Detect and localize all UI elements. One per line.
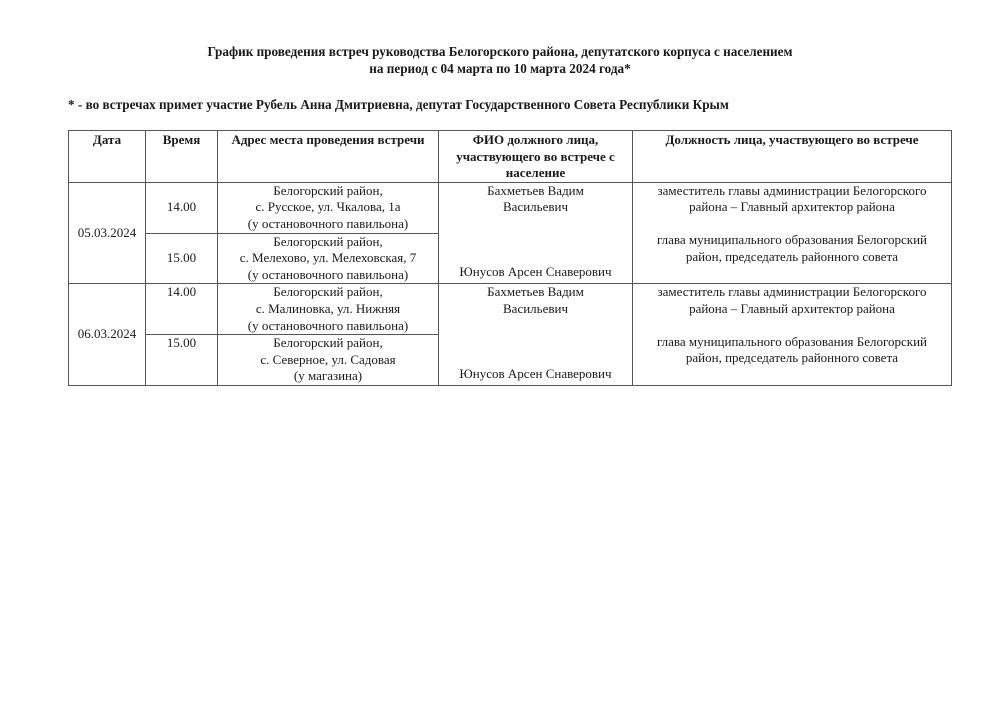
table-row: 05.03.2024 14.00 Белогорский район, с. Р…: [69, 182, 952, 233]
address-landmark: (у остановочного павильона): [221, 318, 435, 335]
official-position: глава муниципального образования Белогор…: [636, 232, 948, 249]
participant-note: * - во встречах примет участие Рубель Ан…: [68, 96, 729, 113]
address-landmark: (у магазина): [221, 368, 435, 385]
official-name-cell: Бахметьев Вадим Васильевич Юнусов Арсен …: [439, 284, 633, 386]
address-street: с. Мелехово, ул. Мелеховская, 7: [221, 250, 435, 267]
official-position: заместитель главы администрации Белогорс…: [636, 183, 948, 200]
meeting-schedule-table: Дата Время Адрес места проведения встреч…: [68, 130, 952, 386]
time-cell: 14.00: [146, 284, 218, 335]
official-position-cont: района – Главный архитектор района: [636, 199, 948, 216]
table-row: 06.03.2024 14.00 Белогорский район, с. М…: [69, 284, 952, 335]
date-cell: 06.03.2024: [69, 284, 146, 386]
official-name-cont: Васильевич: [442, 199, 629, 216]
time-cell: 15.00: [146, 233, 218, 284]
address-cell: Белогорский район, с. Мелехово, ул. Меле…: [218, 233, 439, 284]
address-street: с. Северное, ул. Садовая: [221, 352, 435, 369]
time-cell: 15.00: [146, 335, 218, 386]
address-district: Белогорский район,: [221, 183, 435, 200]
address-cell: Белогорский район, с. Русское, ул. Чкало…: [218, 182, 439, 233]
address-cell: Белогорский район, с. Малиновка, ул. Ниж…: [218, 284, 439, 335]
title-line-2: на период с 04 марта по 10 марта 2024 го…: [0, 60, 1000, 77]
official-name: Юнусов Арсен Снаверович: [442, 366, 629, 383]
address-district: Белогорский район,: [221, 284, 435, 301]
address-street: с. Малиновка, ул. Нижняя: [221, 301, 435, 318]
address-landmark: (у остановочного павильона): [221, 216, 435, 233]
official-position-cont: район, председатель районного совета: [636, 350, 948, 367]
header-time: Время: [146, 131, 218, 183]
official-position: глава муниципального образования Белогор…: [636, 334, 948, 351]
official-name-cell: Бахметьев Вадим Васильевич Юнусов Арсен …: [439, 182, 633, 284]
official-position-cell: заместитель главы администрации Белогорс…: [633, 284, 952, 386]
time-cell: 14.00: [146, 182, 218, 233]
address-street: с. Русское, ул. Чкалова, 1а: [221, 199, 435, 216]
title-line-1: График проведения встреч руководства Бел…: [0, 43, 1000, 60]
date-cell: 05.03.2024: [69, 182, 146, 284]
address-cell: Белогорский район, с. Северное, ул. Садо…: [218, 335, 439, 386]
official-position-cont: район, председатель районного совета: [636, 249, 948, 266]
address-district: Белогорский район,: [221, 335, 435, 352]
address-landmark: (у остановочного павильона): [221, 267, 435, 284]
header-official-position: Должность лица, участвующего во встрече: [633, 131, 952, 183]
official-position: заместитель главы администрации Белогорс…: [636, 284, 948, 301]
official-name: Бахметьев Вадим: [442, 183, 629, 200]
official-position-cell: заместитель главы администрации Белогорс…: [633, 182, 952, 284]
header-official-name: ФИО должного лица, участвующего во встре…: [439, 131, 633, 183]
address-district: Белогорский район,: [221, 234, 435, 251]
header-address: Адрес места проведения встречи: [218, 131, 439, 183]
header-date: Дата: [69, 131, 146, 183]
table-header-row: Дата Время Адрес места проведения встреч…: [69, 131, 952, 183]
official-name-cont: Васильевич: [442, 301, 629, 318]
document-title: График проведения встреч руководства Бел…: [0, 43, 1000, 77]
official-name: Бахметьев Вадим: [442, 284, 629, 301]
official-name: Юнусов Арсен Снаверович: [442, 264, 629, 281]
official-position-cont: района – Главный архитектор района: [636, 301, 948, 318]
